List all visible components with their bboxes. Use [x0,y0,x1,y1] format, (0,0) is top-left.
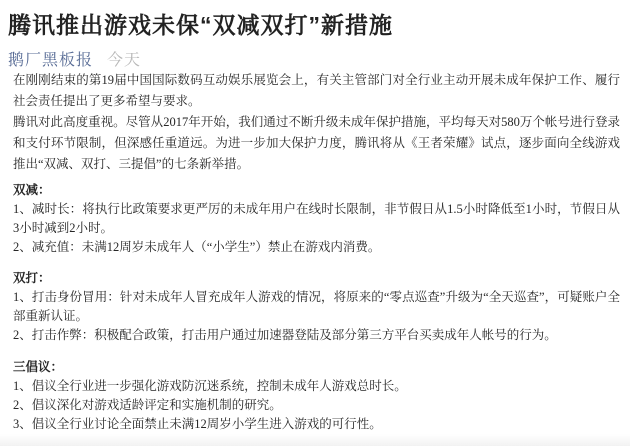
section-sanchangyi: 三倡议： 1、倡议全行业进一步强化游戏防沉迷系统，控制未成年人游戏总时长。 2、… [13,358,620,434]
section-heading: 双打： [13,269,620,288]
section-shuangjian: 双减： 1、减时长：将执行比政策要求更严厉的未成年用户在线时长限制，非节假日从1… [13,181,620,257]
section-heading: 双减： [13,181,620,200]
byline-account-link[interactable]: 鹅厂黑板报 [8,52,93,69]
list-item: 1、倡议全行业进一步强化游戏防沉迷系统，控制未成年人游戏总时长。 [13,377,620,396]
article-content: 在刚刚结束的第19届中国国际数码互动娱乐展览会上，有关主管部门对全行业主动开展未… [8,70,624,434]
list-item: 3、倡议全行业讨论全面禁止未满12周岁小学生进入游戏的可行性。 [13,415,620,434]
list-item: 2、倡议深化对游戏适龄评定和实施机制的研究。 [13,396,620,415]
page-title: 腾讯推出游戏未保“双减双打”新措施 [8,10,624,40]
section-heading: 三倡议： [13,358,620,377]
bottom-fade [0,434,630,446]
byline: 鹅厂黑板报今天 [8,51,624,70]
list-item: 2、打击作弊：积极配合政策，打击用户通过加速器登陆及部分第三方平台买卖成年人帐号… [13,326,620,345]
paragraph-intro: 在刚刚结束的第19届中国国际数码互动娱乐展览会上，有关主管部门对全行业主动开展未… [13,70,620,112]
section-shuangda: 双打： 1、打击身份冒用：针对未成年人冒充成年人游戏的情况，将原来的“零点巡查”… [13,269,620,345]
list-item: 1、减时长：将执行比政策要求更严厉的未成年用户在线时长限制，非节假日从1.5小时… [13,200,620,238]
article-page: 腾讯推出游戏未保“双减双打”新措施 鹅厂黑板报今天 在刚刚结束的第19届中国国际… [0,0,630,434]
paragraph-measures-overview: 腾讯对此高度重视。尽管从2017年开始，我们通过不断升级未成年保护措施，平均每天… [13,112,620,175]
byline-date: 今天 [107,52,141,69]
list-item: 2、减充值：未满12周岁未成年人（“小学生”）禁止在游戏内消费。 [13,238,620,257]
list-item: 1、打击身份冒用：针对未成年人冒充成年人游戏的情况，将原来的“零点巡查”升级为“… [13,288,620,326]
